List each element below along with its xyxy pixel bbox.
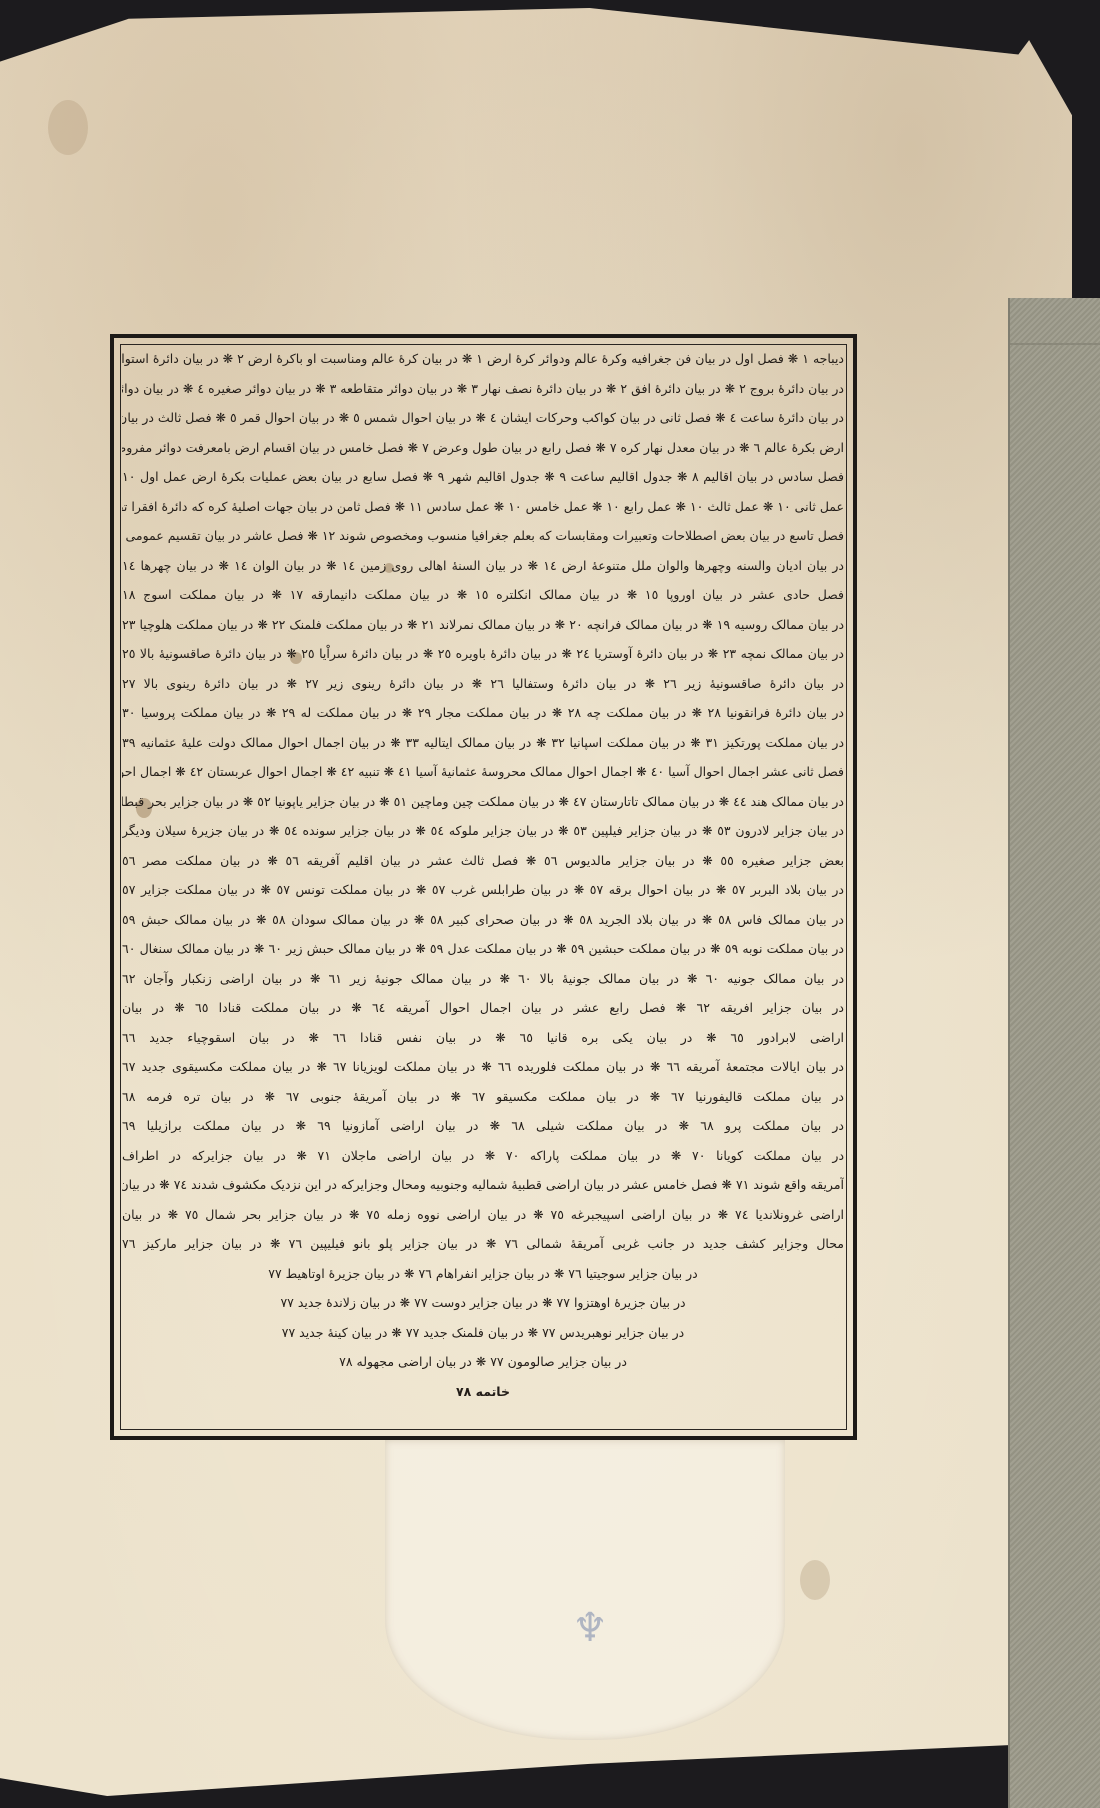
toc-line: در بیان دائرهٔ ساعت ٤ ❋ فصل ثانی در بیان… (122, 403, 844, 433)
ink-stain (800, 1560, 830, 1600)
cloth-spine (1008, 298, 1100, 1808)
library-stamp-icon: ♆ (572, 1608, 608, 1688)
toc-line: در بیان دائرهٔ بروج ۲ ❋ در بیان دائرهٔ ا… (122, 374, 844, 404)
toc-line: در بیان دائرهٔ صاقسونیهٔ زیر ۲٦ ❋ در بیا… (122, 669, 844, 699)
toc-line: در بیان ممالک روسیه ۱۹ ❋ در بیان ممالک ف… (122, 610, 844, 640)
toc-line: در بیان جزایر صالومون ۷۷ ❋ در بیان اراضی… (122, 1347, 844, 1377)
toc-line: در بیان ایالات مجتمعهٔ آمریقه ٦٦ ❋ در بی… (122, 1052, 844, 1082)
toc-line: در بیان جزیرهٔ اوهتزوا ۷۷ ❋ در بیان جزای… (122, 1288, 844, 1318)
toc-line: در بیان ممالک فاس ٥۸ ❋ در بیان بلاد الجر… (122, 905, 844, 935)
toc-line: در بیان ممالک نمچه ۲۳ ❋ در بیان دائرهٔ آ… (122, 639, 844, 669)
toc-line: اراضی غرونلاندیا ۷٤ ❋ در بیان اراضی اسپی… (122, 1200, 844, 1230)
toc-line: فصل حادی عشر در بیان اوروپا ۱٥ ❋ در بیان… (122, 580, 844, 610)
toc-line: در بیان مملکت کویانا ۷۰ ❋ در بیان مملکت … (122, 1141, 844, 1171)
toc-line: بعض جزایر صغیره ٥٥ ❋ در بیان جزایر مالدی… (122, 846, 844, 876)
toc-line: فصل تاسع در بیان بعض اصطلاحات وتعبیرات و… (122, 521, 844, 551)
toc-line: در بیان مملکت نوبه ٥۹ ❋ در بیان مملکت حب… (122, 934, 844, 964)
toc-line: فصل سادس در بیان اقالیم ۸ ❋ جدول اقالیم … (122, 462, 844, 492)
cloth-spine-seam (1010, 343, 1100, 345)
toc-line: محال وجزایر کشف جدید در جانب غربی آمریقه… (122, 1229, 844, 1259)
toc-line: در بیان جزایر نوهبریدس ۷۷ ❋ در بیان فلمن… (122, 1318, 844, 1348)
toc-line: فصل ثانی عشر اجمال احوال آسیا ٤۰ ❋ اجمال… (122, 757, 844, 787)
table-of-contents: دیباجه ۱ ❋ فصل اول در بیان فن جغرافیه وک… (122, 344, 844, 1406)
toc-line: ارض بکرهٔ عالم ٦ ❋ در بیان معدل نهار کره… (122, 433, 844, 463)
toc-line: در بیان جزایر لادرون ٥۳ ❋ در بیان جزایر … (122, 816, 844, 846)
toc-line: در بیان ممالک هند ٤٤ ❋ در بیان ممالک تات… (122, 787, 844, 817)
toc-line: در بیان ادیان والسنه وچهرها والوان ملل م… (122, 551, 844, 581)
toc-line: در بیان جزایر سوجیتیا ۷٦ ❋ در بیان جزایر… (122, 1259, 844, 1289)
toc-line: در بیان دائرهٔ فرانقونیا ۲۸ ❋ در بیان مم… (122, 698, 844, 728)
ink-stain (48, 100, 88, 155)
toc-line: دیباجه ۱ ❋ فصل اول در بیان فن جغرافیه وک… (122, 344, 844, 374)
toc-line: در بیان مملکت پورتکیز ۳۱ ❋ در بیان مملکت… (122, 728, 844, 758)
toc-line: اراضی لابرادور ٦٥ ❋ در بیان یکی بره قانی… (122, 1023, 844, 1053)
toc-line: در بیان مملکت پرو ٦۸ ❋ در بیان مملکت شیل… (122, 1111, 844, 1141)
toc-line: در بیان ممالک جونیه ٦۰ ❋ در بیان ممالک ج… (122, 964, 844, 994)
toc-line: آمریقه واقع شوند ۷۱ ❋ فصل خامس عشر در بی… (122, 1170, 844, 1200)
paper-repair-patch (385, 1440, 785, 1740)
toc-line: در بیان مملکت قالیفورنیا ٦۷ ❋ در بیان مم… (122, 1082, 844, 1112)
toc-line: در بیان جزایر افریقه ٦۲ ❋ فصل رابع عشر د… (122, 993, 844, 1023)
toc-line: در بیان بلاد البربر ٥۷ ❋ در بیان احوال ب… (122, 875, 844, 905)
toc-end-entry: خاتمه ۷۸ (122, 1377, 844, 1407)
toc-line: عمل ثانی ۱۰ ❋ عمل ثالث ۱۰ ❋ عمل رابع ۱۰ … (122, 492, 844, 522)
